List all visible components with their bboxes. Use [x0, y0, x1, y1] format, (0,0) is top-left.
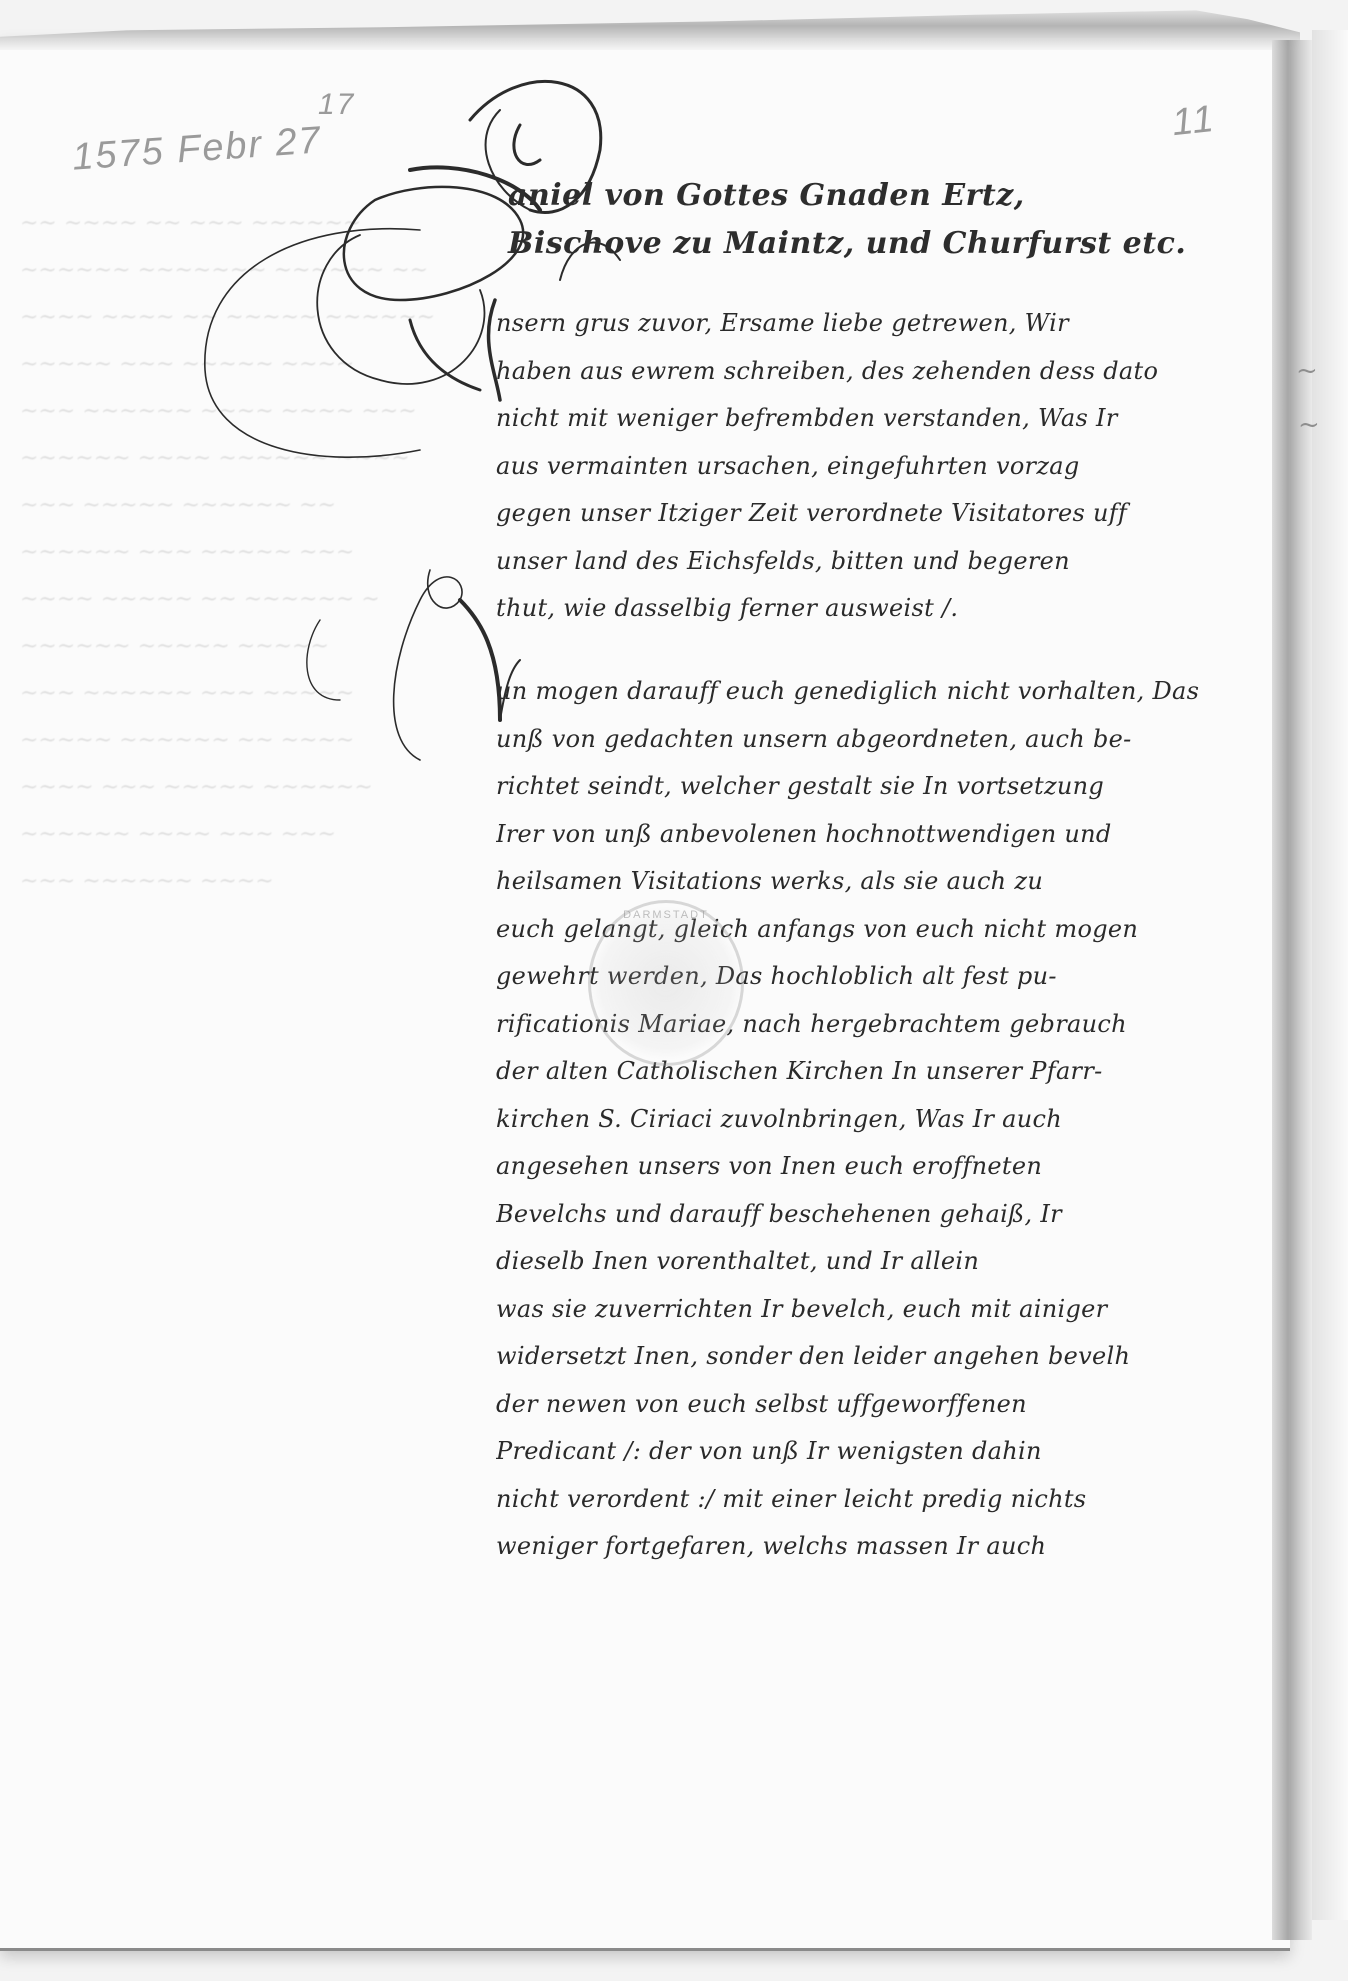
heading-line-1: aniel von Gottes Gnaden Ertz,: [508, 172, 1208, 220]
text-line: dieselb Inen vorenthaltet, und Ir allein: [496, 1238, 1236, 1286]
text-line: Predicant /: der von unß Ir wenigsten da…: [496, 1428, 1236, 1476]
text-line: Irer von unß anbevolenen hochnottwendige…: [496, 811, 1236, 859]
text-line: der newen von euch selbst uffgeworffenen: [496, 1381, 1236, 1429]
text-line: was sie zuverrichten Ir bevelch, euch mi…: [496, 1286, 1236, 1334]
paragraph-1: nsern grus zuvor, Ersame liebe getrewen,…: [496, 300, 1236, 633]
page-right-edge: [1272, 40, 1312, 1940]
text-line: gegen unser Itziger Zeit verordnete Visi…: [496, 490, 1236, 538]
letter-heading: aniel von Gottes Gnaden Ertz, Bischove z…: [508, 172, 1208, 268]
text-line: thut, wie dasselbig ferner ausweist /.: [496, 585, 1236, 633]
text-line: unß von gedachten unsern abgeordneten, a…: [496, 716, 1236, 764]
bleed-through-text: ~~ ~~~~ ~~ ~~~ ~~~~~~~~~~~~ ~~~~~~~ ~~~~…: [20, 200, 440, 1400]
text-line: nsern grus zuvor, Ersame liebe getrewen,…: [496, 300, 1236, 348]
heading-line-2: Bischove zu Maintz, und Churfurst etc.: [508, 220, 1208, 268]
margin-mark: ~: [1296, 356, 1318, 386]
text-line: Bevelchs und darauff beschehenen gehaiß,…: [496, 1191, 1236, 1239]
text-line: der alten Catholischen Kirchen In unsere…: [496, 1048, 1236, 1096]
text-line: kirchen S. Ciriaci zuvolnbringen, Was Ir…: [496, 1096, 1236, 1144]
text-line: nicht mit weniger befrembden verstanden,…: [496, 395, 1236, 443]
page-top-edge: [0, 6, 1300, 50]
text-line: haben aus ewrem schreiben, des zehenden …: [496, 348, 1236, 396]
text-line: widersetzt Inen, sonder den leider angeh…: [496, 1333, 1236, 1381]
margin-mark: ~: [1298, 410, 1320, 440]
archive-stamp: DARMSTADT: [588, 900, 744, 1066]
text-line: nicht verordent :/ mit einer leicht pred…: [496, 1476, 1236, 1524]
text-line: richtet seindt, welcher gestalt sie In v…: [496, 763, 1236, 811]
pencil-archive-number: 17: [318, 88, 355, 122]
text-line: un mogen darauff euch genediglich nicht …: [496, 668, 1236, 716]
text-line: angesehen unsers von Inen euch eroffnete…: [496, 1143, 1236, 1191]
text-line: weniger fortgefaren, welchs massen Ir au…: [496, 1523, 1236, 1571]
text-line: heilsamen Visitations werks, als sie auc…: [496, 858, 1236, 906]
text-line: aus vermainten ursachen, eingefuhrten vo…: [496, 443, 1236, 491]
folio-number: 11: [1170, 98, 1218, 145]
page-stack-edge: [1312, 30, 1348, 1920]
archive-stamp-text: DARMSTADT: [591, 909, 741, 921]
text-line: unser land des Eichsfelds, bitten und be…: [496, 538, 1236, 586]
paragraph-2: un mogen darauff euch genediglich nicht …: [496, 668, 1236, 1571]
